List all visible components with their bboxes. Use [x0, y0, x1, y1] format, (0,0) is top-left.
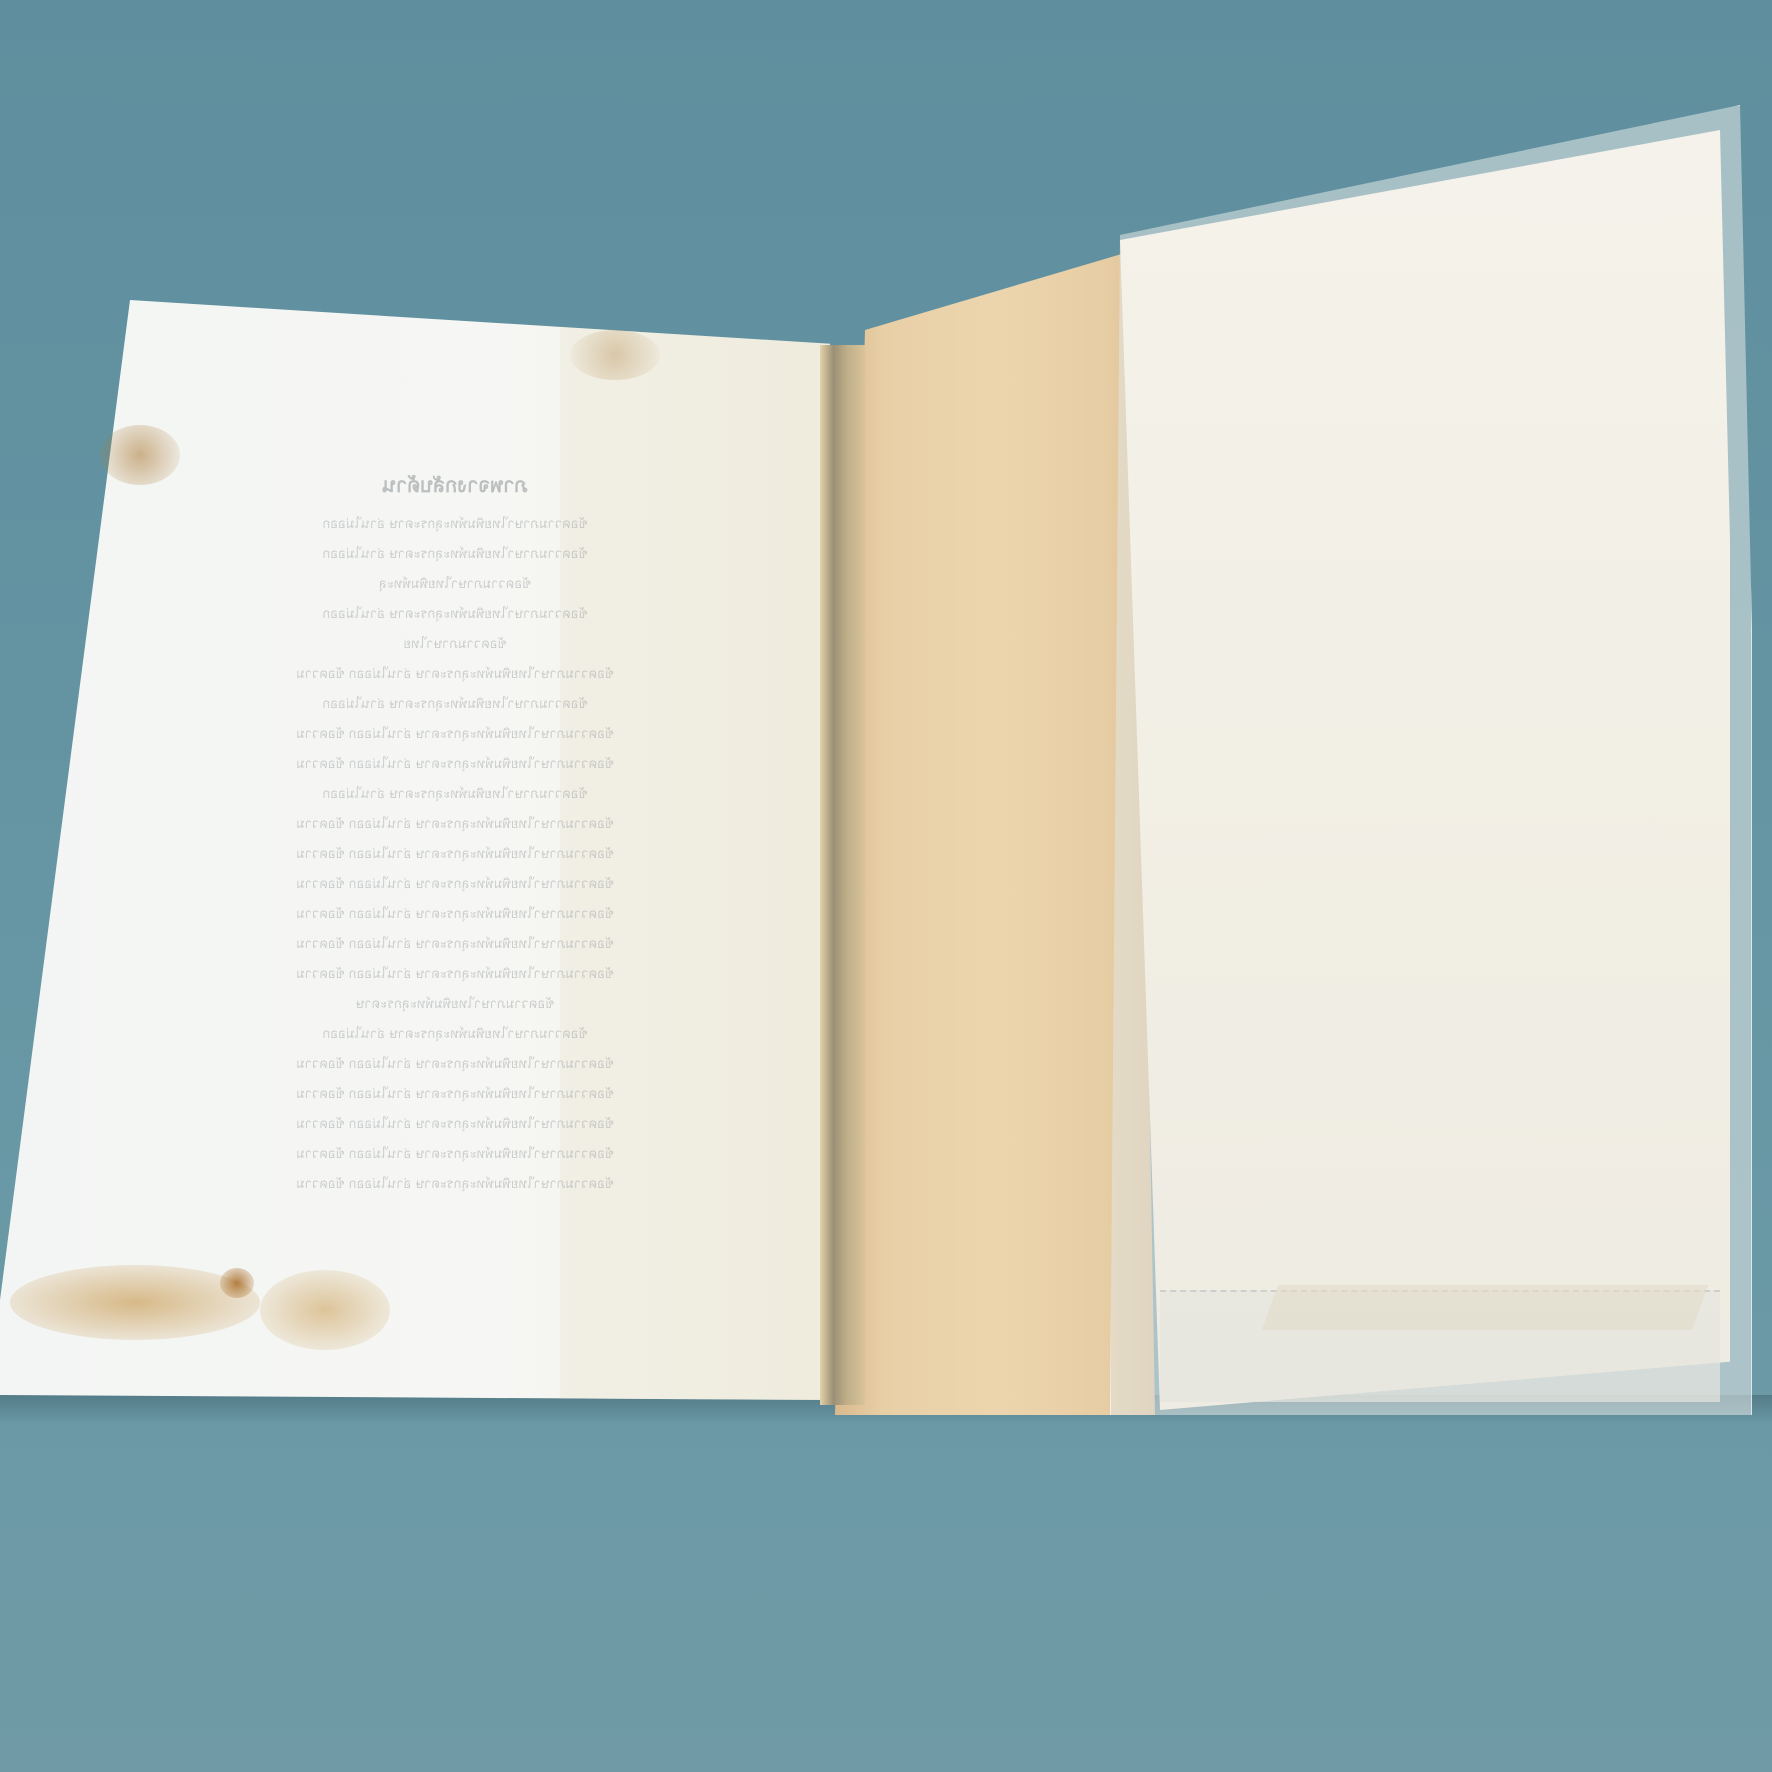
show-through-line: ข้อความภาษาไทยพิมพ์ทะลุกระดาษ [230, 990, 680, 1020]
show-through-line: ข้อความภาษาไทยพิมพ์ทะลุกระดาษ อ่านไม่ออก… [230, 960, 680, 990]
tape-piece [1262, 1285, 1708, 1330]
show-through-line: ข้อความภาษาไทยพิมพ์ทะลุกระดาษ อ่านไม่ออก… [230, 720, 680, 750]
show-through-line: ข้อความภาษาไทยพิมพ์ทะลุกระดาษ อ่านไม่ออก… [230, 1140, 680, 1170]
show-through-line: ข้อความภาษาไทยพิมพ์ทะลุกระดาษ อ่านไม่ออก… [230, 840, 680, 870]
water-stain [260, 1270, 390, 1350]
show-through-title: ภาพจางกลับด้าน [230, 470, 680, 500]
show-through-line: ข้อความภาษาไทยพิมพ์ทะลุกระดาษ อ่านไม่ออก [230, 1020, 680, 1050]
show-through-line: ข้อความภาษาไทยพิมพ์ทะลุกระดาษ อ่านไม่ออก… [230, 810, 680, 840]
show-through-text: ภาพจางกลับด้าน ข้อความภาษาไทยพิมพ์ทะลุกร… [230, 470, 680, 1200]
show-through-line: ข้อความภาษาไทย [230, 630, 680, 660]
show-through-line: ข้อความภาษาไทยพิมพ์ทะลุกระดาษ อ่านไม่ออก [230, 540, 680, 570]
show-through-line: ข้อความภาษาไทยพิมพ์ทะลุกระดาษ อ่านไม่ออก… [230, 930, 680, 960]
show-through-line: ข้อความภาษาไทยพิมพ์ทะลุ [230, 570, 680, 600]
show-through-line: ข้อความภาษาไทยพิมพ์ทะลุกระดาษ อ่านไม่ออก… [230, 660, 680, 690]
show-through-line: ข้อความภาษาไทยพิมพ์ทะลุกระดาษ อ่านไม่ออก… [230, 900, 680, 930]
show-through-line: ข้อความภาษาไทยพิมพ์ทะลุกระดาษ อ่านไม่ออก… [230, 1080, 680, 1110]
foxing-stain [570, 330, 660, 380]
aged-middle-page [835, 250, 1155, 1415]
right-page [1120, 130, 1730, 1410]
show-through-line: ข้อความภาษาไทยพิมพ์ทะลุกระดาษ อ่านไม่ออก… [230, 1170, 680, 1200]
show-through-line: ข้อความภาษาไทยพิมพ์ทะลุกระดาษ อ่านไม่ออก… [230, 870, 680, 900]
show-through-line: ข้อความภาษาไทยพิมพ์ทะลุกระดาษ อ่านไม่ออก [230, 690, 680, 720]
torn-spine-edge [820, 345, 865, 1405]
book-photo: ภาพจางกลับด้าน ข้อความภาษาไทยพิมพ์ทะลุกร… [0, 0, 1772, 1772]
show-through-line: ข้อความภาษาไทยพิมพ์ทะลุกระดาษ อ่านไม่ออก… [230, 1050, 680, 1080]
foxing-stain [100, 425, 180, 485]
show-through-line: ข้อความภาษาไทยพิมพ์ทะลุกระดาษ อ่านไม่ออก [230, 510, 680, 540]
show-through-line: ข้อความภาษาไทยพิมพ์ทะลุกระดาษ อ่านไม่ออก… [230, 750, 680, 780]
show-through-line: ข้อความภาษาไทยพิมพ์ทะลุกระดาษ อ่านไม่ออก [230, 600, 680, 630]
foxing-spot [220, 1268, 254, 1298]
show-through-line: ข้อความภาษาไทยพิมพ์ทะลุกระดาษ อ่านไม่ออก [230, 780, 680, 810]
show-through-line: ข้อความภาษาไทยพิมพ์ทะลุกระดาษ อ่านไม่ออก… [230, 1110, 680, 1140]
